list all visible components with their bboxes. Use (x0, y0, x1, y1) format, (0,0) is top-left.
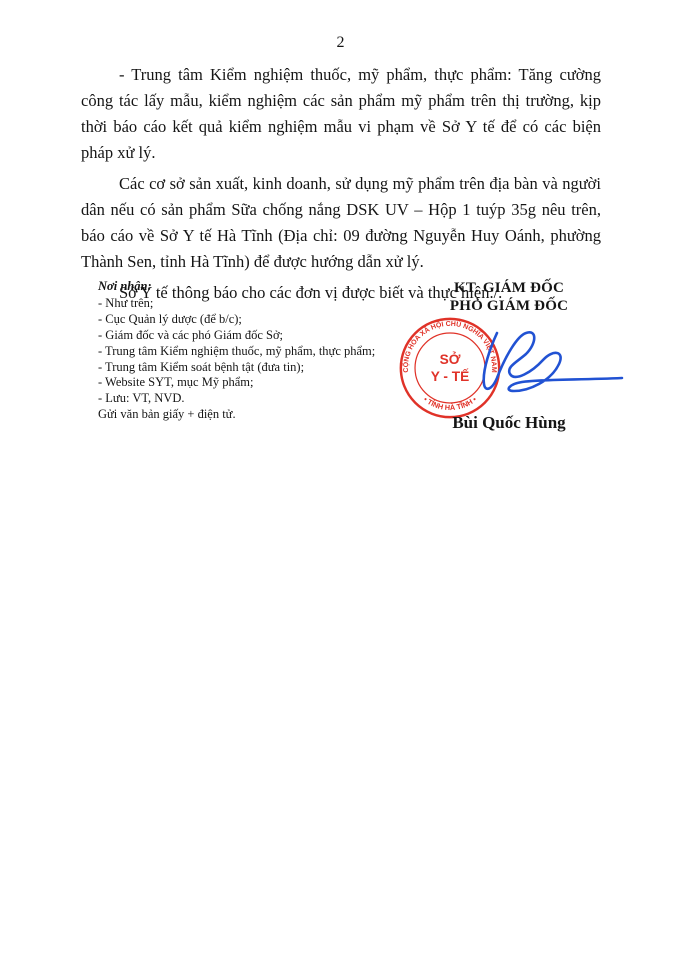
document-page: 2 - Trung tâm Kiểm nghiệm thuốc, mỹ phẩm… (0, 0, 681, 964)
paragraph: Các cơ sở sản xuất, kinh doanh, sử dụng … (81, 171, 601, 275)
recipient-note: Gửi văn bản giấy + điện tử. (98, 407, 398, 423)
handwritten-signature (438, 298, 633, 403)
recipient-item: - Lưu: VT, NVD. (98, 391, 398, 407)
signer-title-line1: KT. GIÁM ĐỐC (393, 280, 625, 298)
recipients-header: Nơi nhận: (98, 279, 398, 295)
page-number: 2 (0, 34, 681, 52)
paragraph: - Trung tâm Kiểm nghiệm thuốc, mỹ phẩm, … (81, 62, 601, 166)
recipients-section: Nơi nhận: - Như trên; - Cục Quản lý dược… (98, 279, 398, 423)
recipient-item: - Như trên; (98, 296, 398, 312)
signer-name: Bùi Quốc Hùng (393, 413, 625, 433)
recipient-item: - Trung tâm Kiểm nghiệm thuốc, mỹ phẩm, … (98, 344, 398, 360)
recipient-item: - Cục Quản lý dược (để b/c); (98, 312, 398, 328)
recipient-item: - Giám đốc và các phó Giám đốc Sở; (98, 328, 398, 344)
signature-stroke (484, 332, 622, 391)
recipient-item: - Website SYT, mục Mỹ phẩm; (98, 375, 398, 391)
recipient-item: - Trung tâm Kiểm soát bệnh tật (đưa tin)… (98, 360, 398, 376)
document-body: - Trung tâm Kiểm nghiệm thuốc, mỹ phẩm, … (81, 62, 601, 311)
